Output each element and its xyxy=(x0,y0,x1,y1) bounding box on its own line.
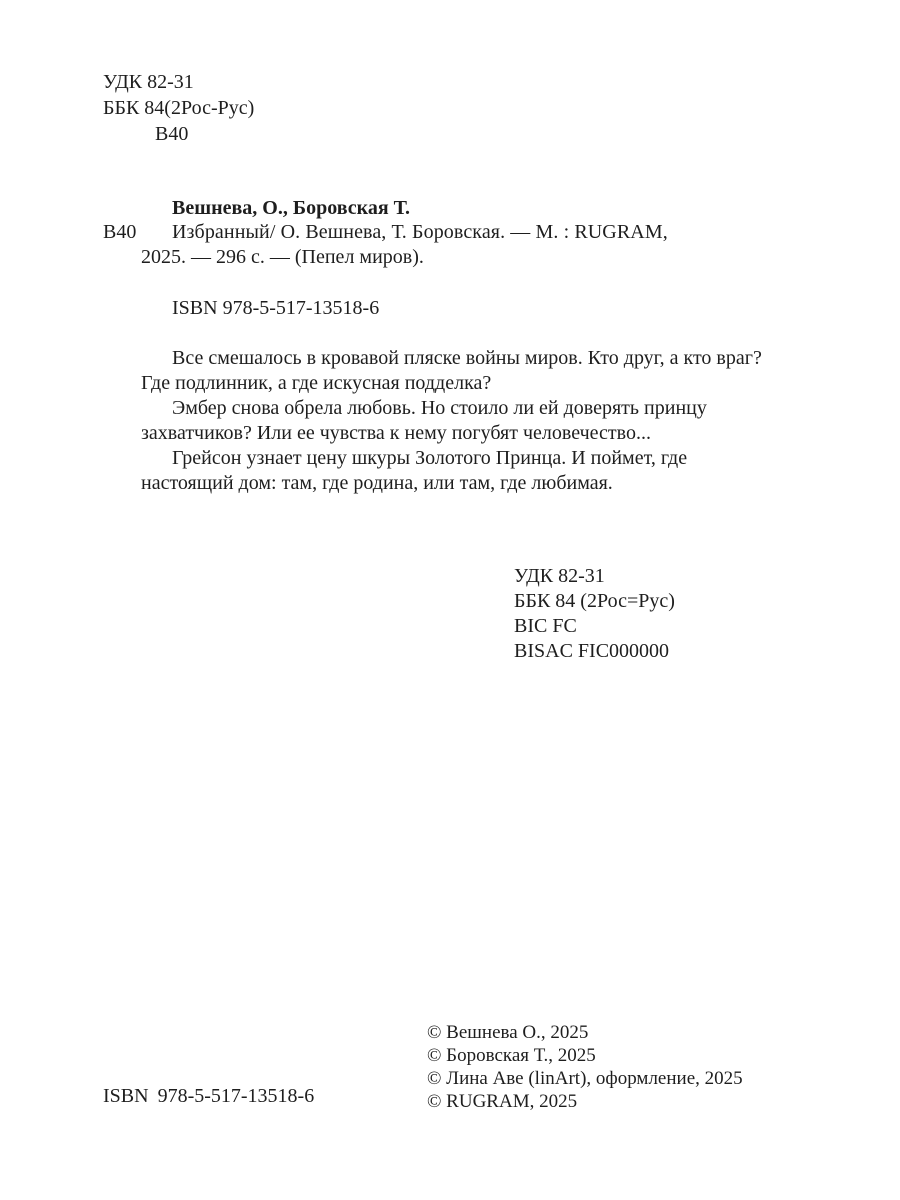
copyright-line: © RUGRAM, 2025 xyxy=(427,1089,743,1112)
bic-code: BIC FC xyxy=(514,614,675,639)
annotation-paragraph: Эмбер снова обрела любовь. Но стоило ли … xyxy=(141,396,781,446)
bisac-code: BISAC FIC000000 xyxy=(514,639,675,664)
bbk-code: ББК 84 (2Рос=Рус) xyxy=(514,589,675,614)
bibliographic-line-2: 2025. — 296 с. — (Пепел миров). xyxy=(141,245,424,270)
annotation-paragraph: Грейсон узнает цену шкуры Золотого Принц… xyxy=(141,446,781,496)
record-author-mark: В40 xyxy=(103,220,136,245)
footer-isbn: ISBN 978-5-517-13518-6 xyxy=(103,1084,314,1109)
copyright-line: © Боровская Т., 2025 xyxy=(427,1043,743,1066)
udk-code: УДК 82-31 xyxy=(103,70,254,96)
authors-heading: Вешнева, О., Боровская Т. xyxy=(172,196,410,221)
annotation: Все смешалось в кровавой пляске войны ми… xyxy=(141,346,781,496)
record-isbn: ISBN 978-5-517-13518-6 xyxy=(172,296,379,321)
author-mark: В40 xyxy=(103,122,254,148)
copyright-block: © Вешнева О., 2025 © Боровская Т., 2025 … xyxy=(427,1020,743,1112)
top-classification-block: УДК 82-31 ББК 84(2Рос-Рус) В40 xyxy=(103,70,254,148)
classification-codes: УДК 82-31 ББК 84 (2Рос=Рус) BIC FC BISAC… xyxy=(514,564,675,664)
annotation-paragraph: Все смешалось в кровавой пляске войны ми… xyxy=(141,346,781,396)
bbk-code: ББК 84(2Рос-Рус) xyxy=(103,96,254,122)
udk-code: УДК 82-31 xyxy=(514,564,675,589)
bibliographic-line-1: Избранный/ О. Вешнева, Т. Боровская. — М… xyxy=(172,220,668,245)
copyright-line: © Лина Аве (linArt), оформление, 2025 xyxy=(427,1066,743,1089)
copyright-line: © Вешнева О., 2025 xyxy=(427,1020,743,1043)
